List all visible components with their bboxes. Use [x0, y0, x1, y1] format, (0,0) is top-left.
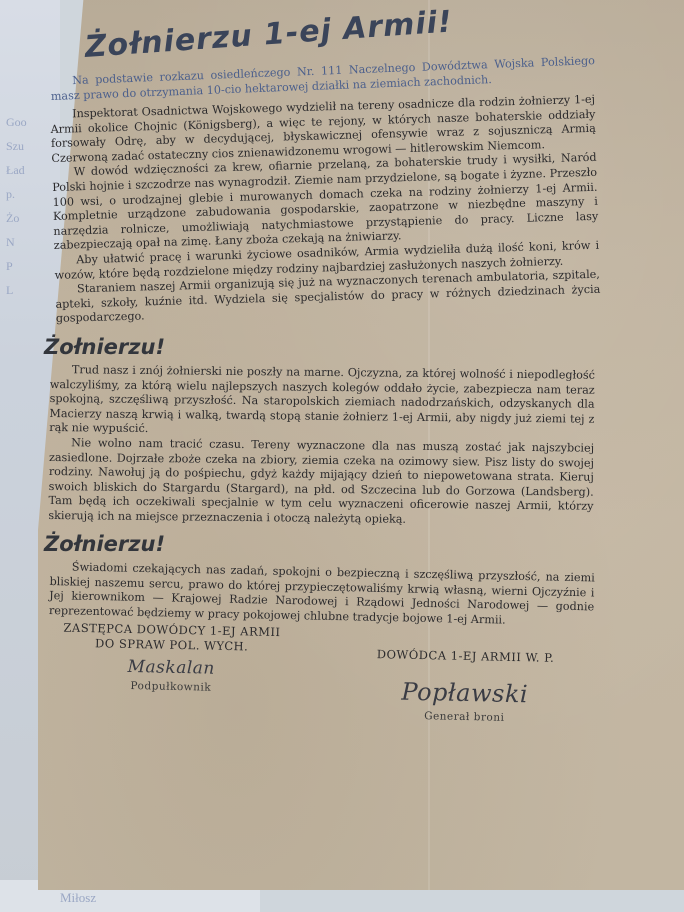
signature-right-name: Popławski	[340, 676, 591, 709]
section-heading-2: Żołnierzu!	[44, 335, 595, 359]
section-settlement: Inspektorat Osadnictwa Wojskowego wydzie…	[50, 93, 601, 327]
signature-right-title: DOWÓDCA 1-EJ ARMII W. P.	[340, 646, 590, 665]
underlying-paper-fragments: Goo Szu Ład p. Żo N P L	[6, 110, 36, 302]
leaflet-content: Żołnierzu 1-ej Armii! Na podstawie rozka…	[50, 30, 595, 736]
signature-right-rank: Generał broni	[339, 708, 589, 725]
section-call-to-action: Trud nasz i znój żołnierski nie poszły n…	[48, 363, 595, 529]
section-closing: Świadomi czekających nas zadań, spokojni…	[49, 560, 595, 630]
underlying-paper-bottom-text: Miłosz	[60, 890, 96, 906]
signature-left: ZASTĘPCA DOWÓDCY 1-EJ ARMII DO SPRAW POL…	[46, 620, 297, 697]
paragraph: Świadomi czekających nas zadań, spokojni…	[49, 560, 595, 630]
signature-right: DOWÓDCA 1-EJ ARMII W. P. Popławski Gener…	[339, 646, 590, 725]
section-heading-3: Żołnierzu!	[44, 532, 595, 556]
signature-block: ZASTĘPCA DOWÓDCY 1-EJ ARMII DO SPRAW POL…	[49, 620, 596, 741]
signature-left-rank: Podpułkownik	[46, 677, 296, 697]
paragraph: Trud nasz i znój żołnierski nie poszły n…	[49, 363, 595, 442]
paragraph: Nie wolno nam tracić czasu. Tereny wyzna…	[48, 436, 594, 529]
paragraph: W dowód wdzięczności za krew, ofiarnie p…	[52, 151, 599, 254]
signature-left-name: Maskalan	[46, 658, 296, 678]
